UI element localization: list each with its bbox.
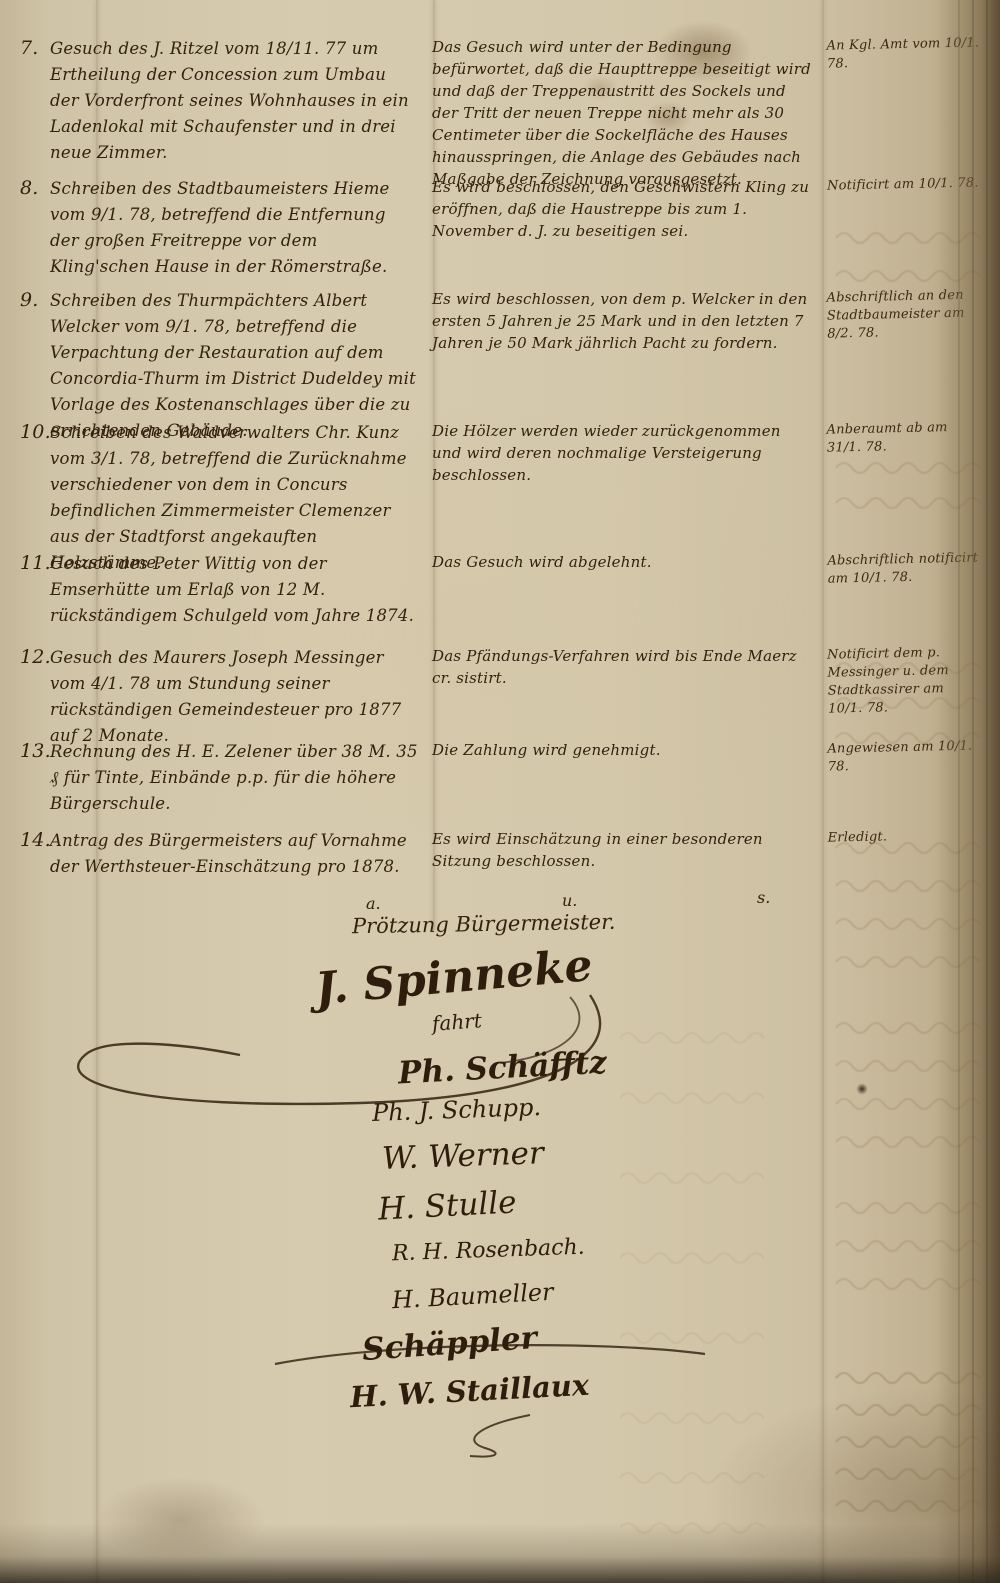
closing-mark-mid: u. xyxy=(562,891,577,910)
signature: H. W. Staillaux xyxy=(349,1368,590,1414)
bleed-through-text xyxy=(620,1000,830,1560)
signature: Ph. J. Schupp. xyxy=(372,1093,542,1127)
page-edge-line xyxy=(958,0,960,1583)
protocol-item: 12. Gesuch des Maurers Joseph Messinger … xyxy=(20,645,982,749)
item-number: 13. xyxy=(20,739,50,817)
item-decision: Das Gesuch wird unter der Bedingung befü… xyxy=(432,36,828,190)
closing-mark-left: a. xyxy=(366,894,381,913)
signature-flourish xyxy=(440,1410,560,1460)
page-edge-bottom xyxy=(0,1523,1000,1583)
page-edge-right xyxy=(938,0,1000,1583)
item-request: Antrag des Bürgermeisters auf Vornahme d… xyxy=(50,828,432,880)
item-number: 14. xyxy=(20,828,50,880)
item-request: Gesuch des J. Ritzel vom 18/11. 77 um Er… xyxy=(50,36,432,190)
item-decision: Das Pfändungs-Verfahren wird bis Ende Ma… xyxy=(432,645,828,749)
item-request: Schreiben des Stadtbaumeisters Hieme vom… xyxy=(50,176,432,280)
item-number: 11. xyxy=(20,551,50,629)
item-request: Rechnung des H. E. Zelener über 38 M. 35… xyxy=(50,739,432,817)
item-decision: Es wird Einschätzung in einer besonderen… xyxy=(432,828,828,880)
protocol-item: 13. Rechnung des H. E. Zelener über 38 M… xyxy=(20,739,982,817)
signature: J. Spinneke xyxy=(313,940,594,1015)
closing-mark-right: s. xyxy=(757,888,770,907)
signature: W. Werner xyxy=(381,1135,544,1177)
protocol-item: 8. Schreiben des Stadtbaumeisters Hieme … xyxy=(20,176,982,280)
signature: fahrt xyxy=(431,1008,482,1035)
page-edge-line xyxy=(972,0,974,1583)
item-number: 8. xyxy=(20,176,50,280)
item-request: Gesuch des Maurers Joseph Messinger vom … xyxy=(50,645,432,749)
item-decision: Es wird beschlossen, den Geschwistern Kl… xyxy=(432,176,828,280)
signature: H. Stulle xyxy=(377,1184,517,1227)
item-number: 12. xyxy=(20,645,50,749)
item-decision: Die Zahlung wird genehmigt. xyxy=(432,739,828,817)
officiant-line: Prötzung Bürgermeister. xyxy=(352,910,616,939)
item-decision: Das Gesuch wird abgelehnt. xyxy=(432,551,828,629)
protocol-item: 11. Gesuch des Peter Wittig von der Emse… xyxy=(20,551,982,629)
item-number: 7. xyxy=(20,36,50,190)
protocol-item: 14. Antrag des Bürgermeisters auf Vornah… xyxy=(20,828,982,880)
protocol-page: 7. Gesuch des J. Ritzel vom 18/11. 77 um… xyxy=(0,0,1000,1583)
protocol-item: 7. Gesuch des J. Ritzel vom 18/11. 77 um… xyxy=(20,36,982,190)
signature: H. Baumeller xyxy=(391,1278,554,1314)
item-request: Gesuch des Peter Wittig von der Emserhüt… xyxy=(50,551,432,629)
page-edge-line xyxy=(986,0,988,1583)
signature: Ph. Schäfftz xyxy=(397,1045,607,1092)
signature: R. H. Rosenbach. xyxy=(392,1235,585,1267)
signature: Schäppler xyxy=(361,1320,538,1368)
